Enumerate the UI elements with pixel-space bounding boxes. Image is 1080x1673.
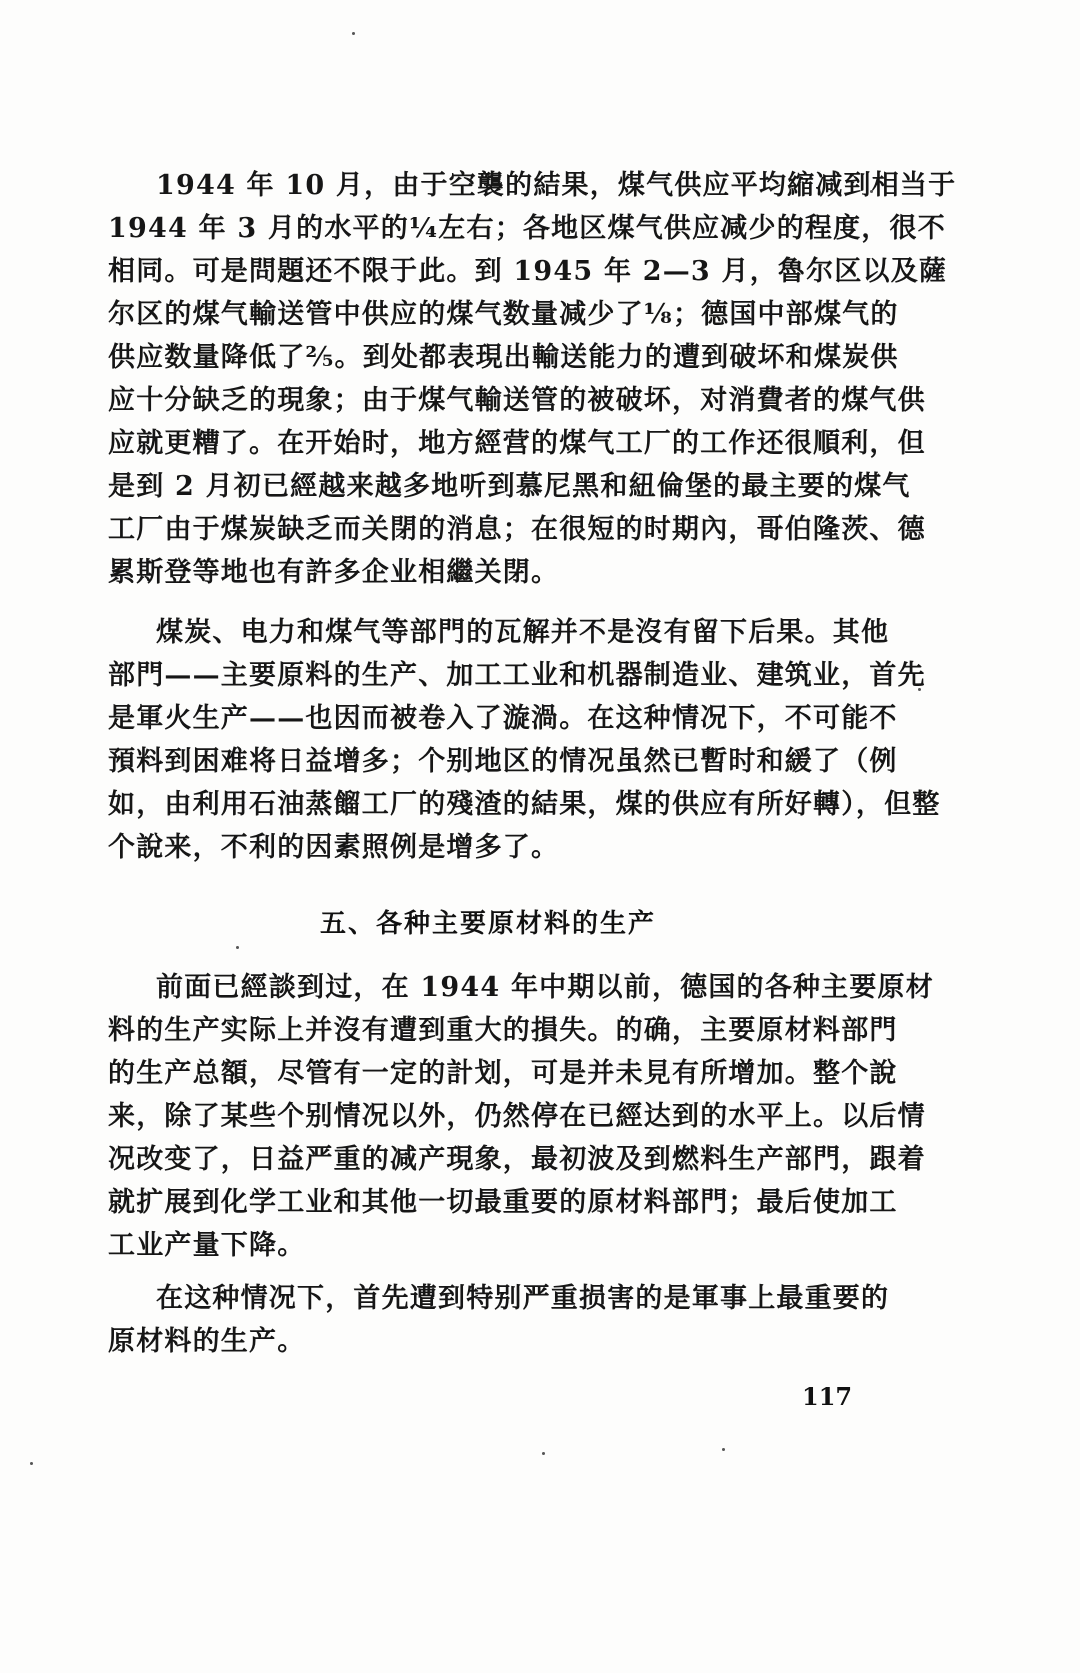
text-line: 来，除了某些个别情况以外，仍然停在已經达到的水平上。以后情 bbox=[108, 1101, 926, 1133]
text-line: 煤炭、电力和煤气等部門的瓦解并不是沒有留下后果。其他 bbox=[156, 617, 889, 649]
scan-speck bbox=[30, 1462, 33, 1465]
text-line: 个說来，不利的因素照例是增多了。 bbox=[108, 832, 559, 864]
text-line: 尔区的煤气輸送管中供应的煤气数量减少了⅛；德国中部煤气的 bbox=[108, 299, 899, 331]
scan-speck bbox=[352, 32, 355, 35]
text-line: 应十分缺乏的現象；由于煤气輸送管的被破坏，对消費者的煤气供 bbox=[108, 385, 926, 417]
text-line: 前面已經談到过，在 1944 年中期以前，德国的各种主要原材 bbox=[156, 972, 934, 1004]
page-number: 117 bbox=[802, 1382, 852, 1411]
text-line: 况改变了，日益严重的减产現象，最初波及到燃料生产部門，跟着 bbox=[108, 1144, 926, 1176]
text-line: 工业产量下降。 bbox=[108, 1230, 305, 1262]
text-line: 是到 2 月初已經越来越多地听到慕尼黑和紐倫堡的最主要的煤气 bbox=[108, 471, 911, 503]
text-line: 1944 年 10 月，由于空襲的結果，煤气供应平均縮减到相当于 bbox=[156, 170, 956, 202]
text-line: 如，由利用石油蒸餾工厂的殘渣的結果，煤的供应有所好轉），但整 bbox=[108, 789, 941, 821]
text-line: 累斯登等地也有許多企业相繼关閉。 bbox=[108, 557, 559, 589]
scanned-book-page: 1944 年 10 月，由于空襲的結果，煤气供应平均縮减到相当于 1944 年 … bbox=[0, 0, 1080, 1673]
scan-speck bbox=[542, 1452, 545, 1455]
text-line: 应就更糟了。在开始时，地方經营的煤气工厂的工作还很順利，但 bbox=[108, 428, 926, 460]
text-line: 料的生产实际上并沒有遭到重大的損失。的确，主要原材料部門 bbox=[108, 1015, 898, 1047]
section-heading: 五、各种主要原材料的生产 bbox=[108, 908, 868, 940]
text-line: 在这种情况下，首先遭到特别严重损害的是軍事上最重要的 bbox=[156, 1283, 889, 1315]
text-line: 就扩展到化学工业和其他一切最重要的原材料部門；最后使加工 bbox=[108, 1187, 898, 1219]
text-line: 1944 年 3 月的水平的¼左右；各地区煤气供应减少的程度，很不 bbox=[108, 213, 946, 245]
text-line: 預料到困难将日益增多；个别地区的情况虽然已暫时和緩了（例 bbox=[108, 746, 898, 778]
text-line: 工厂由于煤炭缺乏而关閉的消息；在很短的时期內，哥伯隆茨、德 bbox=[108, 514, 926, 546]
text-line: 部門——主要原料的生产、加工工业和机器制造业、建筑业，首先 bbox=[108, 660, 926, 692]
scan-speck bbox=[722, 1448, 725, 1451]
scan-speck bbox=[236, 946, 239, 949]
text-line: 供应数量降低了⅖。到处都表現出輸送能力的遭到破坏和煤炭供 bbox=[108, 342, 899, 374]
text-line: 的生产总額，尽管有一定的計划，可是并未見有所增加。整个說 bbox=[108, 1058, 898, 1090]
text-line: 原材料的生产。 bbox=[108, 1326, 305, 1358]
text-line: 相同。可是問題还不限于此。到 1945 年 2—3 月，魯尔区以及薩 bbox=[108, 256, 947, 288]
text-line: 是軍火生产——也因而被卷入了漩渦。在这种情况下，不可能不 bbox=[108, 703, 898, 735]
